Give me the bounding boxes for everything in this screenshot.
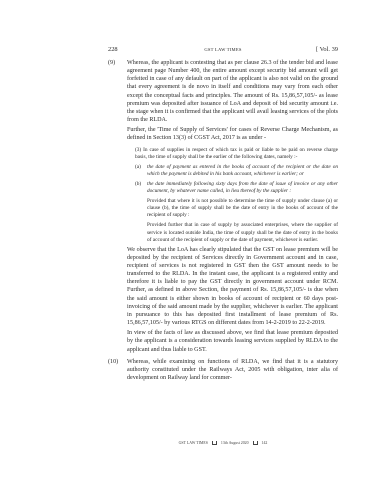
separator-icon (253, 441, 258, 445)
proviso-1: Provided that where it is not possible t… (147, 198, 338, 219)
paragraph-number: (10) (108, 358, 118, 366)
clause-a: (a) the date of payment as entered in th… (135, 164, 338, 178)
quote-subsection-3: (3) In case of supplies in respect of wh… (135, 147, 338, 161)
clause-number: (a) (135, 164, 141, 171)
journal-title: GST LAW TIMES (108, 45, 338, 55)
paragraph-text: Whereas, while examining on functions of… (127, 358, 338, 382)
clause-text: the date of payment as entered in the bo… (147, 164, 338, 178)
clause-text: the date immediately following sixty day… (147, 181, 338, 195)
clause-b: (b) the date immediately following sixty… (135, 181, 338, 195)
paragraph-10: (10) Whereas, while examining on functio… (108, 358, 338, 382)
footer-journal: GST LAW TIMES (179, 441, 208, 445)
footer-date: 13th August 2020 (221, 441, 249, 445)
separator-icon (212, 441, 217, 445)
footer-page-ref: 142 (262, 441, 268, 445)
further-paragraph: Further, the 'Time of Supply of Services… (127, 126, 338, 142)
clause-number: (b) (135, 181, 141, 188)
statute-quote: (3) In case of supplies in respect of wh… (135, 147, 338, 244)
proviso-2: Provided further that in case of supply … (147, 222, 338, 243)
paragraph-9: (9) Whereas, the applicant is contesting… (108, 59, 338, 124)
paragraph-text: Whereas, the applicant is contesting tha… (127, 59, 338, 124)
observation-paragraph: We observe that the LoA has clearly stip… (127, 246, 338, 328)
volume-label: [ Vol. 39 (316, 45, 338, 55)
page-footer: GST LAW TIMES 13th August 2020 142 (108, 440, 338, 446)
conclusion-paragraph: In view of the facts of law as discussed… (127, 329, 338, 353)
document-page: 228 GST LAW TIMES [ Vol. 39 (9) Whereas,… (108, 45, 338, 382)
paragraph-number: (9) (108, 59, 115, 67)
running-header: 228 GST LAW TIMES [ Vol. 39 (108, 45, 338, 55)
